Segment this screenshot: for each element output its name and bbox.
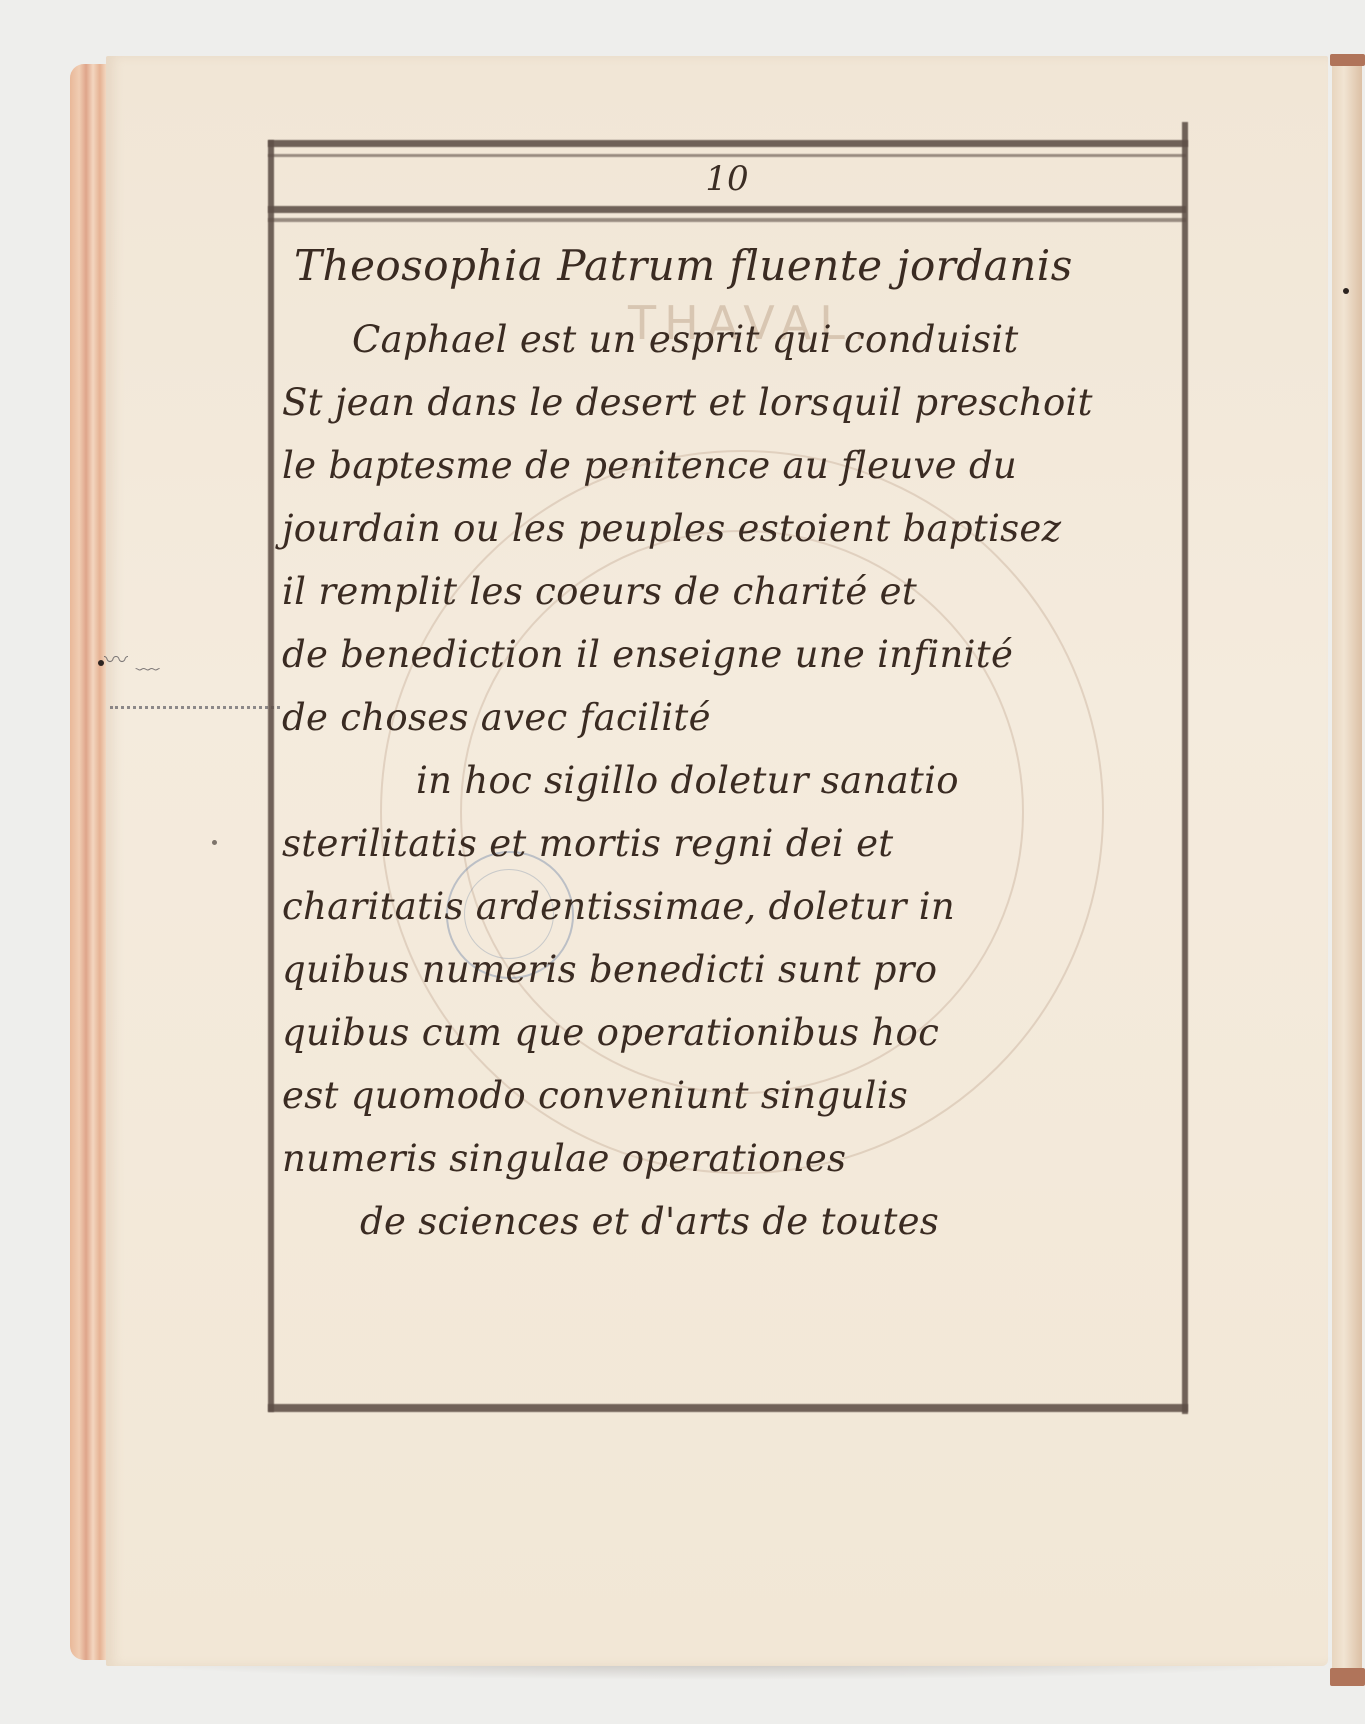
text-line: de sciences et d'arts de toutes	[282, 1190, 1178, 1253]
ink-dot	[1343, 288, 1349, 294]
rule-right	[1182, 122, 1188, 1414]
text-line: numeris singulae operationes	[282, 1127, 1178, 1190]
text-line: le baptesme de penitence au fleuve du	[282, 434, 1178, 497]
text-line: quibus numeris benedicti sunt pro	[282, 938, 1178, 1001]
cover-corner-bottom	[1330, 1668, 1365, 1686]
margin-flourish-icon: 〰︎ ﹏	[104, 640, 254, 700]
manuscript-text: Theosophia Patrum fluente jordanis Capha…	[282, 230, 1178, 1253]
text-line: de benediction il enseigne une infinité	[282, 623, 1178, 686]
ink-dot	[98, 660, 104, 666]
text-line: jourdain ou les peuples estoient baptise…	[282, 497, 1178, 560]
margin-dotted-line	[110, 706, 280, 709]
text-line: in hoc sigillo doletur sanatio	[282, 749, 1178, 812]
rule-bottom	[268, 1404, 1188, 1412]
ruled-frame: 10 Theosophia Patrum fluente jordanis Ca…	[268, 122, 1188, 1414]
text-line: sterilitatis et mortis regni dei et	[282, 812, 1178, 875]
text-line: quibus cum que operationibus hoc	[282, 1001, 1178, 1064]
folio-number: 10	[268, 154, 1186, 204]
text-line: charitatis ardentissimae, doletur in	[282, 875, 1178, 938]
gutter-edge	[1332, 62, 1362, 1677]
text-line: Caphael est un esprit qui conduisit	[282, 308, 1178, 371]
rule-left	[268, 140, 274, 1412]
text-line: il remplit les coeurs de charité et	[282, 560, 1178, 623]
rule-header-bottom	[268, 206, 1186, 213]
rule-header-bottom-secondary	[268, 218, 1186, 222]
cover-corner-top	[1330, 54, 1365, 66]
text-line: de choses avec facilité	[282, 686, 1178, 749]
rule-top	[268, 140, 1188, 147]
ink-dot	[212, 840, 217, 845]
text-line: St jean dans le desert et lorsquil presc…	[282, 371, 1178, 434]
page-title: Theosophia Patrum fluente jordanis	[294, 234, 1178, 298]
text-line: est quomodo conveniunt singulis	[282, 1064, 1178, 1127]
